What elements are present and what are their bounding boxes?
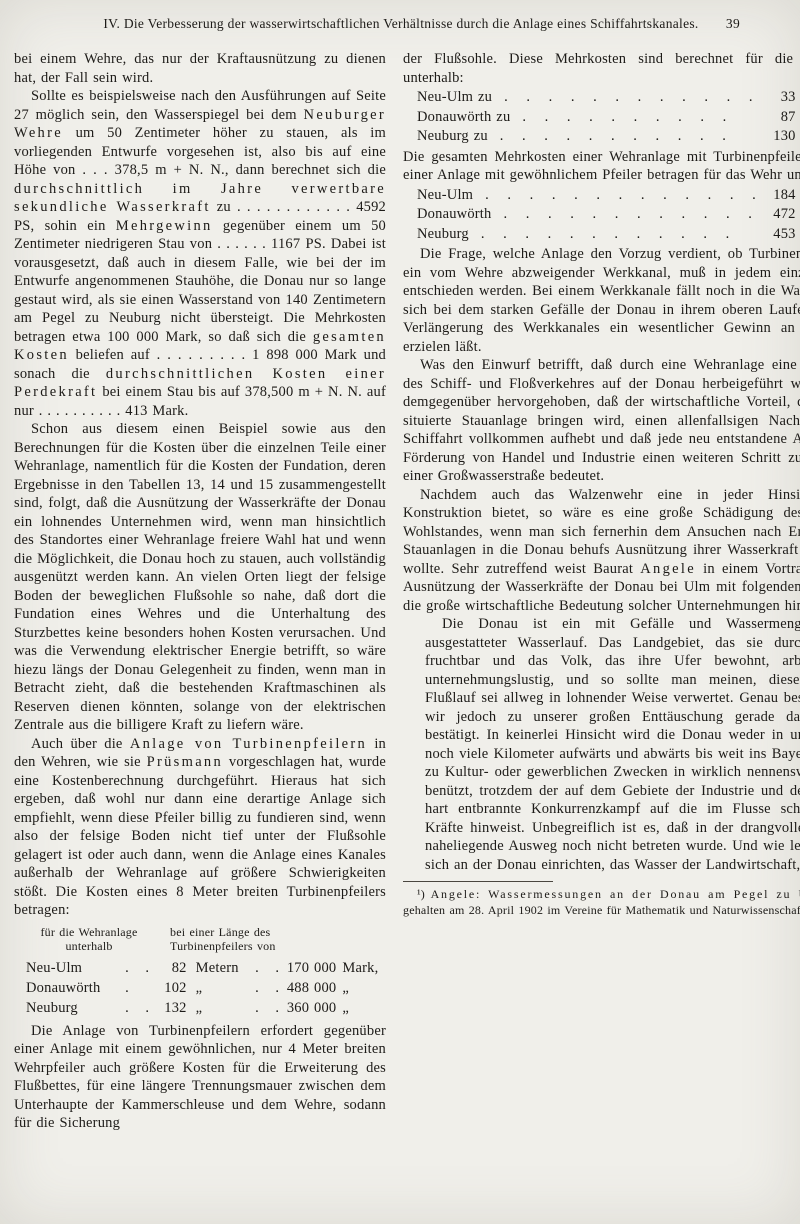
cost-row: Neu-Ulm zu. . . . . . . . . . . .33 000M… [417, 88, 800, 108]
footnote-text: ¹) Angele: Wassermessungen an der Donau … [403, 887, 800, 918]
page-number: 39 [726, 16, 740, 32]
paragraph: Sollte es beispielsweise nach den Ausfüh… [14, 87, 386, 420]
footnote: ¹) Angele: Wassermessungen an der Donau … [403, 881, 800, 918]
table-header-row: für die Wehranlageunterhalbbei einer Län… [18, 925, 386, 953]
cost-amount: 472 000 [763, 205, 800, 225]
running-title: IV. Die Verbesserung der wasserwirtschaf… [103, 16, 698, 31]
dot-leader: . . . . . . . . . . [510, 108, 762, 128]
cost-amount: 170 000 [287, 958, 337, 978]
cost-label: Donauwörth zu [417, 108, 510, 128]
text-segment: gegenüber einem um 50 Zentimeter niedrig… [14, 218, 386, 345]
text-segment: Die Frage, welche Anlage den Vorzug verd… [403, 246, 800, 355]
cost-label: Neuburg [417, 225, 469, 245]
table-row: Neu-Ulm. .82Metern. .170 000Mark, [14, 958, 386, 978]
header-line: für die Wehranlage [18, 925, 160, 939]
cost-amount: 130 000 [763, 127, 800, 147]
cost-amount: 488 000 [287, 978, 337, 998]
length-unit: „ [187, 998, 255, 1018]
dot-leader: . . . . . . . . . . . . . [473, 186, 763, 206]
letterspaced-text: Prüsmann [147, 754, 223, 770]
currency: „ [336, 998, 386, 1018]
cost-row: Donauwörth zu. . . . . . . . . .87 000„ [417, 108, 800, 128]
dot-leader: . . [255, 998, 287, 1018]
cost-label: Neuburg zu [417, 127, 488, 147]
place-name: Neu-Ulm [14, 958, 125, 978]
dot-leader: . . . . . . . . . . . . [492, 205, 763, 225]
table-header-wehranlage: für die Wehranlageunterhalb [18, 925, 160, 953]
paragraph: Die Frage, welche Anlage den Vorzug verd… [403, 245, 800, 356]
cost-row: Neu-Ulm. . . . . . . . . . . . .184 000M… [417, 186, 800, 206]
dot-leader: . [125, 978, 153, 998]
letterspaced-text: Angele: Wassermessungen an der Donau am … [431, 887, 800, 901]
paragraph: der Flußsohle. Diese Mehrkosten sind ber… [403, 50, 800, 87]
place-name: Neuburg [14, 998, 125, 1018]
length-unit: Metern [187, 958, 255, 978]
text-segment: ¹) [417, 887, 431, 901]
pier-length: 82 [153, 958, 187, 978]
paragraph: bei einem Wehre, das nur der Kraftausnüt… [14, 50, 386, 87]
header-line: bei einer Länge des [170, 925, 340, 939]
cost-label: Neu-Ulm zu [417, 88, 492, 108]
letterspaced-text: Angele [640, 561, 696, 577]
right-column: der Flußsohle. Diese Mehrkosten sind ber… [403, 50, 800, 1220]
page-header: IV. Die Verbesserung der wasserwirtschaf… [44, 16, 758, 32]
text-segment: Auch über die [31, 736, 130, 752]
dot-leader: . . [125, 998, 153, 1018]
dot-leader: . . . . . . . . . . . [488, 127, 763, 147]
cost-list: Neu-Ulm. . . . . . . . . . . . .184 000M… [417, 186, 800, 245]
text-segment: Die Anlage von Turbinenpfeilern erforder… [14, 1023, 386, 1132]
cost-list: Neu-Ulm zu. . . . . . . . . . . .33 000M… [417, 88, 800, 147]
text-segment: Schon aus diesem einen Beispiel sowie au… [14, 421, 386, 733]
cost-label: Neu-Ulm [417, 186, 473, 206]
currency: „ [336, 978, 386, 998]
text-segment: Die Donau ist ein mit Gefälle und Wasser… [425, 616, 800, 873]
text-segment: Die gesamten Mehrkosten einer Wehranlage… [403, 149, 800, 184]
two-column-layout: bei einem Wehre, das nur der Kraftausnüt… [14, 50, 788, 1220]
left-column: bei einem Wehre, das nur der Kraftausnüt… [14, 50, 386, 1220]
cost-row: Donauwörth. . . . . . . . . . . .472 000… [417, 205, 800, 225]
header-line: Turbinenpfeilers von [170, 939, 340, 953]
turbine-pier-cost-table: für die Wehranlageunterhalbbei einer Län… [14, 925, 386, 1018]
quoted-paragraph: Die Donau ist ein mit Gefälle und Wasser… [425, 615, 800, 874]
text-segment: bei einem Wehre, das nur der Kraftausnüt… [14, 51, 386, 86]
paragraph: Nachdem auch das Walzenwehr eine in jede… [403, 486, 800, 616]
currency: Mark, [336, 958, 386, 978]
cost-amount: 453 000 [763, 225, 800, 245]
table-row: Donauwörth.102„. .488 000„ [14, 978, 386, 998]
length-unit: „ [187, 978, 255, 998]
dot-leader: . . [255, 978, 287, 998]
dot-leader: . . . . . . . . . . . . [469, 225, 763, 245]
cost-label: Donauwörth [417, 205, 492, 225]
cost-amount: 33 000 [763, 88, 800, 108]
letterspaced-text: Mehrgewinn [116, 218, 213, 234]
table-header-laenge: bei einer Länge desTurbinenpfeilers von [160, 925, 340, 953]
cost-amount: 184 000 [763, 186, 800, 206]
footnote-rule [403, 881, 553, 882]
dot-leader: . . [125, 958, 153, 978]
dot-leader: . . [255, 958, 287, 978]
text-segment: vorgeschlagen hat, wurde eine Kostenbere… [14, 754, 386, 918]
dot-leader: . . . . . . . . . . . . [492, 88, 763, 108]
pier-length: 102 [153, 978, 187, 998]
header-line: unterhalb [18, 939, 160, 953]
text-segment: Was den Einwurf betrifft, daß durch eine… [403, 357, 800, 484]
text-segment: der Flußsohle. Diese Mehrkosten sind ber… [403, 51, 800, 86]
cost-row: Neuburg. . . . . . . . . . . .453 000„ [417, 225, 800, 245]
paragraph: Was den Einwurf betrifft, daß durch eine… [403, 356, 800, 486]
paragraph: Schon aus diesem einen Beispiel sowie au… [14, 420, 386, 735]
text-segment: um 50 Zentimeter höher zu stauen, als im… [14, 125, 386, 178]
paragraph: Die Anlage von Turbinenpfeilern erforder… [14, 1022, 386, 1133]
cost-amount: 360 000 [287, 998, 337, 1018]
book-page: IV. Die Verbesserung der wasserwirtschaf… [0, 0, 800, 1224]
place-name: Donauwörth [14, 978, 125, 998]
cost-row: Neuburg zu. . . . . . . . . . .130 000„ [417, 127, 800, 147]
paragraph: Auch über die Anlage von Turbinenpfeiler… [14, 735, 386, 920]
letterspaced-text: Anlage von Turbinenpfeilern [130, 736, 367, 752]
paragraph: Die gesamten Mehrkosten einer Wehranlage… [403, 148, 800, 185]
table-row: Neuburg. .132„. .360 000„ [14, 998, 386, 1018]
pier-length: 132 [153, 998, 187, 1018]
cost-amount: 87 000 [763, 108, 800, 128]
